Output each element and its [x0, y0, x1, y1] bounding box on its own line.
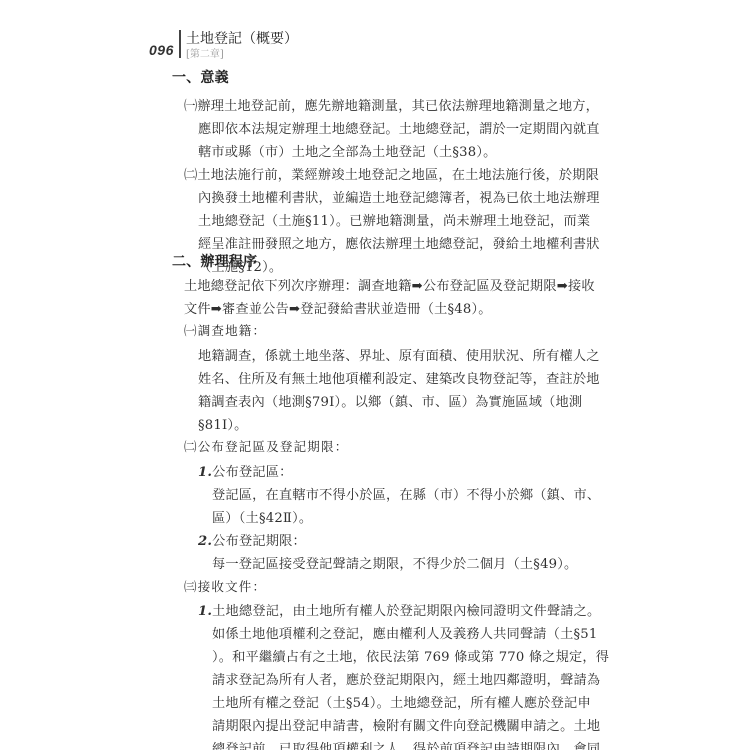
header-divider — [179, 30, 181, 58]
section-heading: 一、意義 — [172, 67, 229, 87]
body-line: 土地所有權之登記（土§54）。土地總登記，所有權人應於登記申 — [212, 692, 591, 711]
list-item: 2.公布登記期限： — [198, 530, 306, 549]
body-line: 請期限內提出登記申請書，檢附有關文件向登記機關申請之。土地 — [212, 715, 600, 734]
body-line: 總登記前，已取得他項權利之人，得於前項登記申請期限內，會同 — [212, 738, 600, 750]
list-item: 1.公布登記區： — [198, 461, 293, 480]
item-number: 1. — [198, 604, 212, 619]
section-heading: 二、辦理程序 — [172, 251, 257, 271]
list-item: 1.土地總登記，由土地所有權人於登記期限內檢同證明文件聲請之。 — [198, 600, 600, 619]
body-line: 經呈准註冊發照之地方，應依法辦理土地總登記，發給土地權利書狀 — [198, 233, 600, 252]
body-line: 轄市或縣（市）土地之全部為土地登記（土§38）。 — [198, 141, 497, 160]
subsection-heading: ㈠調查地籍： — [184, 321, 266, 339]
item-number: 2. — [198, 534, 212, 549]
body-line: 姓名、住所及有無土地他項權利設定、建築改良物登記等，查註於地 — [198, 368, 600, 387]
body-line: 如係土地他項權利之登記，應由權利人及義務人共同聲請（土§51 — [212, 623, 597, 642]
page-number: 096 — [149, 42, 174, 58]
book-page: 096 土地登記（概要） [第二章] 一、意義 ㈠辦理土地登記前，應先辦地籍測量… — [0, 0, 750, 750]
body-line: 籍調查表內（地測§79Ⅰ）。以鄉（鎮、市、區）為實施區域（地測 — [198, 391, 582, 410]
body-line: 請求登記為所有人者，應於登記期限內，經土地四鄰證明，聲請為 — [212, 669, 600, 688]
body-line: 應即依本法規定辦理土地總登記。土地總登記，謂於一定期間內就直 — [198, 118, 600, 137]
body-line: 土地總登記，由土地所有權人於登記期限內檢同證明文件聲請之。 — [212, 604, 600, 619]
body-line: 土地總登記（土施§11）。已辦地籍測量，尚未辦理土地登記，而業 — [198, 210, 590, 229]
body-line: §81Ⅰ）。 — [198, 414, 248, 433]
body-line: 登記區，在直轄市不得小於區，在縣（市）不得小於鄉（鎮、市、 — [212, 484, 600, 503]
body-line: 每一登記區接受登記聲請之期限，不得少於二個月（土§49）。 — [212, 553, 577, 572]
item-number: 1. — [198, 465, 212, 480]
body-line: ）。和平繼續占有之土地，依民法第 769 條或第 770 條之規定，得 — [212, 646, 609, 665]
body-line: 區）（土§42Ⅱ）。 — [212, 507, 312, 526]
subsection-heading: ㈡公布登記區及登記期限： — [184, 437, 348, 455]
item-label: 公布登記區： — [212, 465, 292, 480]
body-line: ㈡土地法施行前，業經辦竣土地登記之地區，在土地法施行後，於期限 — [184, 164, 599, 183]
body-line: 地籍調查，係就土地坐落、界址、原有面積、使用狀況、所有權人之 — [198, 345, 600, 364]
body-line: 文件➡審查並公告➡登記發給書狀並造冊（土§48）。 — [184, 298, 492, 317]
body-line: 土地總登記依下列次序辦理：調查地籍➡公布登記區及登記期限➡接收 — [184, 275, 595, 294]
subsection-heading: ㈢接收文件： — [184, 577, 266, 595]
body-line: 內換發土地權利書狀，並編造土地登記總簿者，視為已依土地法辦理 — [198, 187, 600, 206]
chapter-label: [第二章] — [186, 45, 224, 60]
body-line: ㈠辦理土地登記前，應先辦地籍測量，其已依法辦理地籍測量之地方， — [184, 95, 599, 114]
item-label: 公布登記期限： — [212, 534, 306, 549]
